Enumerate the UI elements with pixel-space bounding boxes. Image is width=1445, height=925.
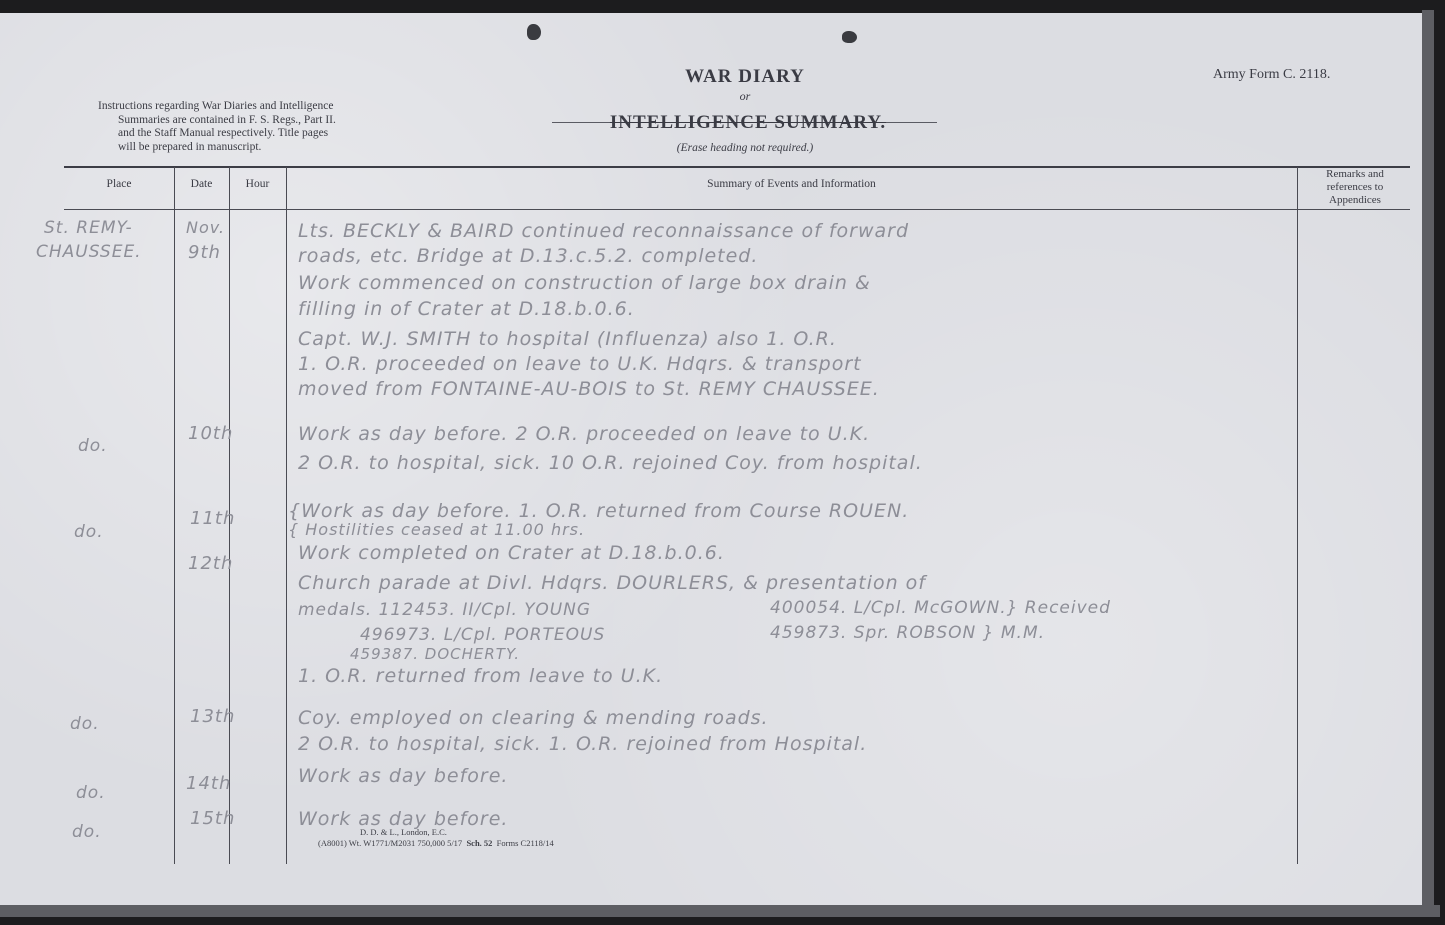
summary-line: {Work as day before. 1. O.R. returned fr… (288, 500, 909, 522)
form-subtitle: INTELLIGENCE SUMMARY. (583, 112, 913, 134)
summary-line: Coy. employed on clearing & mending road… (298, 707, 769, 729)
place-entry: do. (70, 714, 100, 734)
summary-line: Lts. BECKLY & BAIRD continued reconnaiss… (298, 220, 909, 242)
date-entry: 9th (188, 242, 221, 263)
summary-line: { Hostilities ceased at 11.00 hrs. (288, 520, 585, 539)
instructions-block: Instructions regarding War Diaries and I… (98, 100, 418, 154)
summary-line: 2 O.R. to hospital, sick. 1. O.R. rejoin… (298, 733, 867, 755)
instructions-line: Instructions regarding War Diaries and I… (98, 100, 418, 114)
remarks-header-line: references to (1300, 181, 1410, 194)
column-header-summary: Summary of Events and Information (286, 178, 1297, 190)
summary-line: 459873. Spr. ROBSON } M.M. (770, 623, 1045, 643)
table-top-rule (64, 166, 1410, 168)
place-entry: do. (72, 822, 102, 842)
form-number: Army Form C. 2118. (1213, 67, 1330, 83)
column-divider-place (174, 167, 175, 864)
place-entry: do. (76, 783, 106, 803)
summary-line: moved from FONTAINE-AU-BOIS to St. REMY … (298, 378, 880, 400)
instructions-line: will be prepared in manuscript. (98, 141, 418, 155)
summary-line: 459387. DOCHERTY. (350, 645, 520, 663)
form-title-or: or (700, 89, 790, 104)
printer-schedule: Sch. 52 (466, 838, 492, 848)
date-entry: 11th (190, 508, 235, 529)
place-entry: St. REMY- (44, 218, 133, 238)
summary-line: roads, etc. Bridge at D.13.c.5.2. comple… (298, 245, 758, 267)
date-month: Nov. (186, 218, 225, 237)
printer-code: (A8001) Wt. W1771/M2031 750,000 5/17 (318, 838, 462, 848)
summary-line: 496973. L/Cpl. PORTEOUS (360, 625, 605, 645)
instructions-line: Summaries are contained in F. S. Regs., … (98, 114, 418, 128)
punch-hole-left (527, 24, 541, 40)
summary-line: 2 O.R. to hospital, sick. 10 O.R. rejoin… (298, 452, 923, 474)
scan-border-right (1422, 10, 1434, 916)
date-entry: 12th (188, 553, 233, 574)
column-divider-summary (1297, 167, 1298, 864)
punch-hole-right (842, 31, 857, 43)
table-header-rule (64, 209, 1410, 210)
summary-line: Work completed on Crater at D.18.b.0.6. (298, 542, 725, 564)
summary-line: 400054. L/Cpl. McGOWN.} Received (770, 598, 1111, 618)
summary-line: medals. 112453. II/Cpl. YOUNG (298, 600, 591, 620)
column-header-date: Date (174, 178, 229, 190)
form-title: WAR DIARY (640, 66, 850, 88)
summary-line: Church parade at Divl. Hdqrs. DOURLERS, … (298, 572, 926, 594)
summary-line: Capt. W.J. SMITH to hospital (Influenza)… (298, 328, 837, 350)
instructions-line: and the Staff Manual respectively. Title… (98, 127, 418, 141)
summary-line: filling in of Crater at D.18.b.0.6. (298, 298, 635, 320)
date-entry: 15th (190, 808, 235, 829)
printer-forms: Forms C2118/14 (497, 838, 554, 848)
erase-note: (Erase heading not required.) (650, 142, 840, 154)
column-header-place: Place (64, 178, 174, 190)
date-entry: 10th (188, 423, 233, 444)
place-entry: CHAUSSEE. (36, 242, 142, 262)
place-entry: do. (74, 522, 104, 542)
place-entry: do. (78, 436, 108, 456)
summary-line: Work as day before. 2 O.R. proceeded on … (298, 423, 870, 445)
remarks-header-line: Remarks and (1300, 168, 1410, 181)
printer-line: D. D. & L., London, E.C. (318, 827, 554, 838)
summary-line: Work commenced on construction of large … (298, 272, 871, 294)
scan-border-bottom (0, 905, 1440, 917)
remarks-header-line: Appendices (1300, 194, 1410, 207)
column-header-remarks: Remarks and references to Appendices (1300, 168, 1410, 207)
date-entry: 13th (190, 706, 235, 727)
date-entry: 14th (186, 773, 231, 794)
printer-imprint: D. D. & L., London, E.C. (A8001) Wt. W17… (318, 827, 554, 849)
summary-line: 1. O.R. returned from leave to U.K. (298, 665, 663, 687)
printer-line: (A8001) Wt. W1771/M2031 750,000 5/17 Sch… (318, 838, 554, 849)
column-header-hour: Hour (229, 178, 286, 190)
summary-line: 1. O.R. proceeded on leave to U.K. Hdqrs… (298, 353, 862, 375)
column-divider-hour (286, 167, 287, 864)
summary-line: Work as day before. (298, 765, 508, 787)
